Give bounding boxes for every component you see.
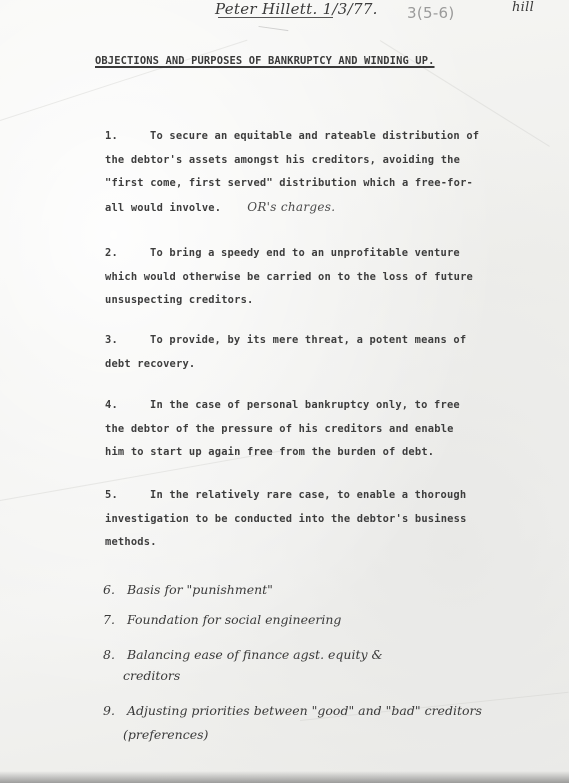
item-text: Adjusting priorities between "good" and … bbox=[127, 703, 482, 718]
handwritten-item-7: 7.Foundation for social engineering bbox=[103, 612, 341, 627]
item-text: Basis for "punishment" bbox=[127, 582, 273, 597]
item-number: 4. bbox=[105, 394, 150, 418]
pencil-reference-note: 3(5-6) bbox=[407, 4, 455, 22]
item-text: Balancing ease of finance agst. equity & bbox=[127, 647, 383, 662]
document-title: OBJECTIONS AND PURPOSES OF BANKRUPTCY AN… bbox=[95, 55, 435, 67]
handwritten-corner-note: hill bbox=[512, 0, 534, 15]
item-number: 9. bbox=[103, 703, 127, 718]
item-number: 2. bbox=[105, 242, 150, 266]
item-text-line: which would otherwise be carried on to t… bbox=[105, 266, 545, 290]
item-text-line: investigation to be conducted into the d… bbox=[105, 508, 545, 532]
item-text-line: To bring a speedy end to an unprofitable… bbox=[150, 247, 460, 259]
item-text-line: the debtor of the pressure of his credit… bbox=[105, 418, 545, 442]
handwritten-item-8-continuation: creditors bbox=[123, 668, 180, 683]
item-text-line: unsuspecting creditors. bbox=[105, 289, 545, 313]
item-text-line: "first come, first served" distribution … bbox=[105, 172, 545, 196]
item-text: Foundation for social engineering bbox=[127, 612, 341, 627]
handwritten-underline bbox=[218, 17, 333, 18]
handwritten-item-6: 6.Basis for "punishment" bbox=[103, 582, 273, 597]
item-text-line: debt recovery. bbox=[105, 353, 545, 377]
handwritten-item-9-continuation: (preferences) bbox=[123, 727, 208, 742]
item-text-line: To provide, by its mere threat, a potent… bbox=[150, 334, 466, 346]
item-text-line: all would involve. bbox=[105, 202, 221, 214]
document-page: Peter Hillett. 1/3/77. 3(5-6) hill OBJEC… bbox=[0, 0, 569, 783]
item-number: 3. bbox=[105, 329, 150, 353]
handwritten-item-9: 9.Adjusting priorities between "good" an… bbox=[103, 703, 482, 718]
typed-item-3: 3.To provide, by its mere threat, a pote… bbox=[105, 329, 545, 376]
item-text-line: To secure an equitable and rateable dist… bbox=[150, 130, 479, 142]
item-number: 5. bbox=[105, 484, 150, 508]
item-number: 8. bbox=[103, 647, 127, 662]
item-text-line: him to start up again free from the burd… bbox=[105, 441, 545, 465]
typed-item-5: 5.In the relatively rare case, to enable… bbox=[105, 484, 545, 555]
item-text-line: In the relatively rare case, to enable a… bbox=[150, 489, 466, 501]
paper-crease bbox=[0, 40, 247, 121]
item-text-line: the debtor's assets amongst his creditor… bbox=[105, 149, 545, 173]
scan-edge-shadow bbox=[0, 771, 569, 783]
item-number: 6. bbox=[103, 582, 127, 597]
faint-pencil-mark bbox=[258, 26, 289, 37]
item-text-line: methods. bbox=[105, 531, 545, 555]
handwritten-author-date: Peter Hillett. 1/3/77. bbox=[215, 0, 378, 18]
handwritten-annotation: OR's charges. bbox=[247, 200, 335, 214]
item-number: 1. bbox=[105, 125, 150, 149]
typed-item-2: 2.To bring a speedy end to an unprofitab… bbox=[105, 242, 545, 313]
item-text-line: In the case of personal bankruptcy only,… bbox=[150, 399, 460, 411]
typed-item-1: 1.To secure an equitable and rateable di… bbox=[105, 125, 545, 220]
handwritten-item-8: 8.Balancing ease of finance agst. equity… bbox=[103, 647, 383, 662]
item-number: 7. bbox=[103, 612, 127, 627]
typed-item-4: 4.In the case of personal bankruptcy onl… bbox=[105, 394, 545, 465]
